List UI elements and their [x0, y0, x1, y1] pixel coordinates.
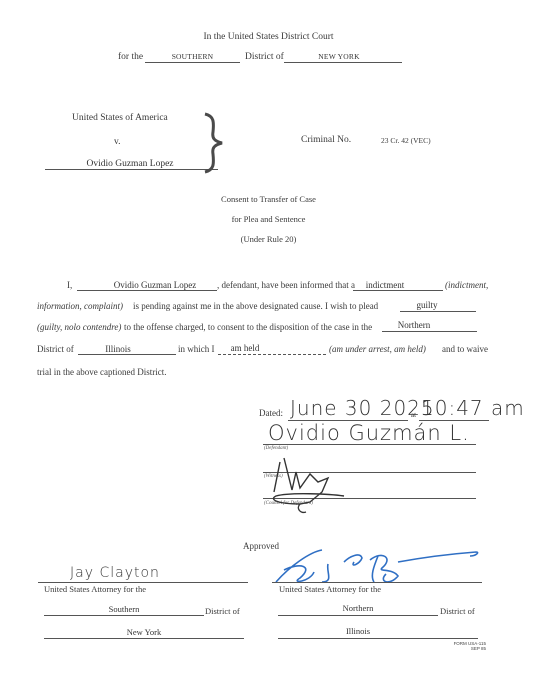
- district-name: SOUTHERN: [145, 52, 240, 61]
- left-attorney-title: United States Attorney for the: [44, 584, 146, 594]
- counsel-signature-scribble: [270, 452, 350, 518]
- criminal-no-label: Criminal No.: [301, 135, 351, 145]
- state-name: NEW YORK: [284, 52, 394, 61]
- district-of-label-body: District of: [37, 344, 74, 354]
- body-text-1: , defendant, have been informed that a: [217, 280, 355, 290]
- brace-icon: [202, 112, 226, 174]
- defendant-signature: Ovidio Guzmán L.: [268, 421, 470, 445]
- charge-type: indictment: [355, 280, 415, 290]
- defendant-line: [45, 169, 218, 170]
- criminal-no: 23 Cr. 42 (VEC): [381, 136, 431, 145]
- right-district-of-label: District of: [440, 606, 475, 616]
- defendant-label: (Defendant): [264, 446, 288, 451]
- title-line-1: Consent to Transfer of Case: [0, 194, 537, 204]
- state-name-line: [284, 62, 402, 63]
- defendant-name-line: [77, 290, 217, 291]
- transfer-state-line: [78, 354, 176, 355]
- right-state: Illinois: [278, 626, 438, 636]
- body-defendant-name: Ovidio Guzman Lopez: [95, 280, 215, 290]
- body-text-3: to the offense charged, to consent to th…: [124, 322, 372, 332]
- title-line-2: for Plea and Sentence: [0, 214, 537, 224]
- left-state-line: [44, 638, 244, 639]
- left-district-line: [44, 615, 204, 616]
- time-handwritten: 10:47 am: [421, 396, 525, 420]
- plaintiff: United States of America: [72, 113, 168, 123]
- status-options: (am under arrest, am held): [329, 344, 426, 354]
- body-text-5: trial in the above captioned District.: [37, 367, 166, 377]
- left-district: Southern: [44, 604, 204, 614]
- charge-type-line: [353, 290, 443, 291]
- status-line: [218, 354, 326, 355]
- versus: v.: [114, 137, 121, 147]
- right-attorney-title: United States Attorney for the: [279, 584, 381, 594]
- right-attorney-signature: [270, 542, 490, 586]
- body-text-2: is pending against me in the above desig…: [133, 301, 378, 311]
- defendant-name: Ovidio Guzman Lopez: [45, 159, 215, 169]
- charge-options: (indictment,: [445, 280, 488, 290]
- form-id: FORM USA-115 SEP 85: [440, 641, 486, 651]
- i-label: I,: [67, 280, 72, 290]
- district-of-label: District of: [245, 52, 284, 62]
- court-title: In the United States District Court: [0, 32, 537, 42]
- transfer-district-line: [382, 331, 477, 332]
- right-district-line: [278, 615, 438, 616]
- right-signature-line: [272, 582, 482, 583]
- plea-line: [400, 311, 476, 312]
- plea-options: (guilty, nolo contendre): [37, 322, 121, 332]
- at-label: at: [411, 411, 416, 419]
- left-signature-line: [38, 582, 248, 583]
- for-the-label: for the: [118, 52, 143, 62]
- dated-label: Dated:: [259, 408, 283, 418]
- district-name-line: [145, 62, 240, 63]
- plea: guilty: [402, 300, 452, 310]
- in-which-label: in which I: [178, 344, 215, 354]
- left-attorney-signature: Jay Clayton: [70, 565, 160, 581]
- title-line-3: (Under Rule 20): [0, 234, 537, 244]
- custody-status: am held: [220, 343, 270, 353]
- left-district-of-label: District of: [205, 606, 240, 616]
- form-date: SEP 85: [440, 646, 486, 651]
- transfer-state: Illinois: [88, 344, 148, 354]
- body-text-4: and to waive: [442, 344, 488, 354]
- right-district: Northern: [278, 603, 438, 613]
- charge-options-cont: information, complaint): [37, 301, 123, 311]
- transfer-district: Northern: [384, 320, 444, 330]
- left-state: New York: [44, 627, 244, 637]
- right-state-line: [278, 638, 478, 639]
